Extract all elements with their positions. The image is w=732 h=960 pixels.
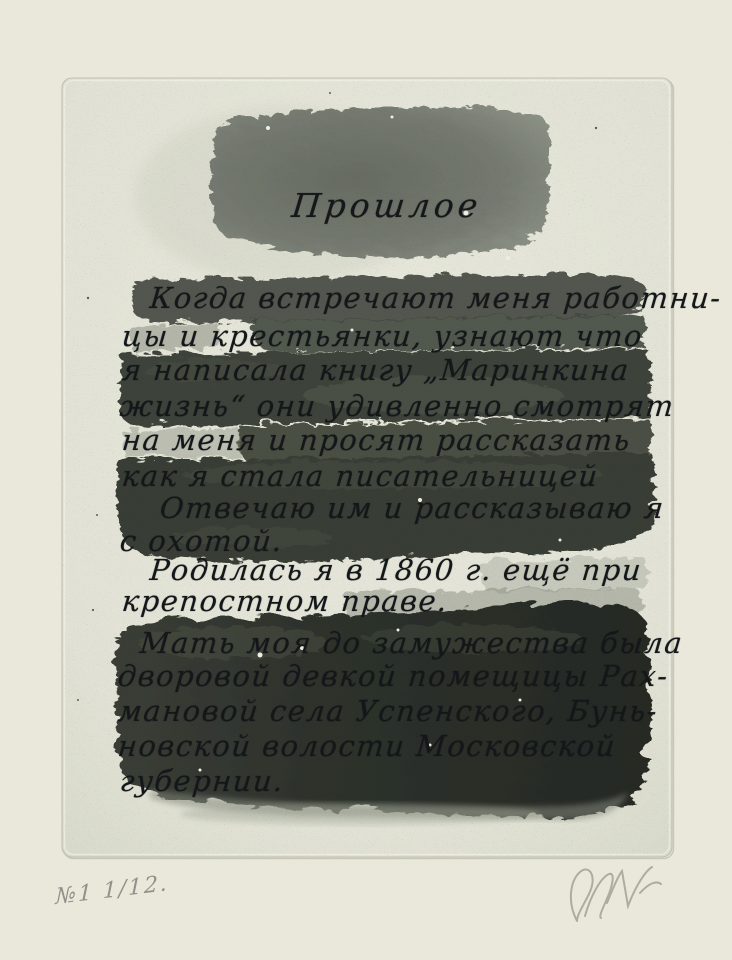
handwritten-line-6: как я стала писательницей xyxy=(121,459,601,493)
handwritten-line-14: новской волости Московской xyxy=(117,729,618,763)
handwritten-line-7: Отвечаю им и рассказываю я xyxy=(159,491,667,525)
handwritten-line-9: Родилась я в 1860 г. ещё при xyxy=(149,553,644,587)
handwritten-line-12: дворовой девкой помещицы Рах- xyxy=(117,659,671,693)
handwritten-line-15: губернии. xyxy=(119,764,286,798)
handwritten-line-3: я написала книгу „Маринкина xyxy=(121,353,632,387)
handwritten-line-11: Мать моя до замужества была xyxy=(139,626,685,660)
handwritten-line-10: крепостном праве. xyxy=(121,584,450,618)
handwritten-line-5: на меня и просят рассказать xyxy=(121,423,633,457)
print-title: Прошлое xyxy=(290,186,484,225)
paper-sheet: Прошлое Когда встречают меня работни- цы… xyxy=(0,0,732,960)
handwritten-line-13: мановой села Успенского, Бунь- xyxy=(117,694,660,728)
handwritten-line-1: Когда встречают меня работни- xyxy=(149,281,724,315)
handwritten-line-4: жизнь“ они удивленно смотрят xyxy=(119,389,677,423)
handwritten-line-2: цы и крестьянки, узнают что xyxy=(121,319,645,353)
